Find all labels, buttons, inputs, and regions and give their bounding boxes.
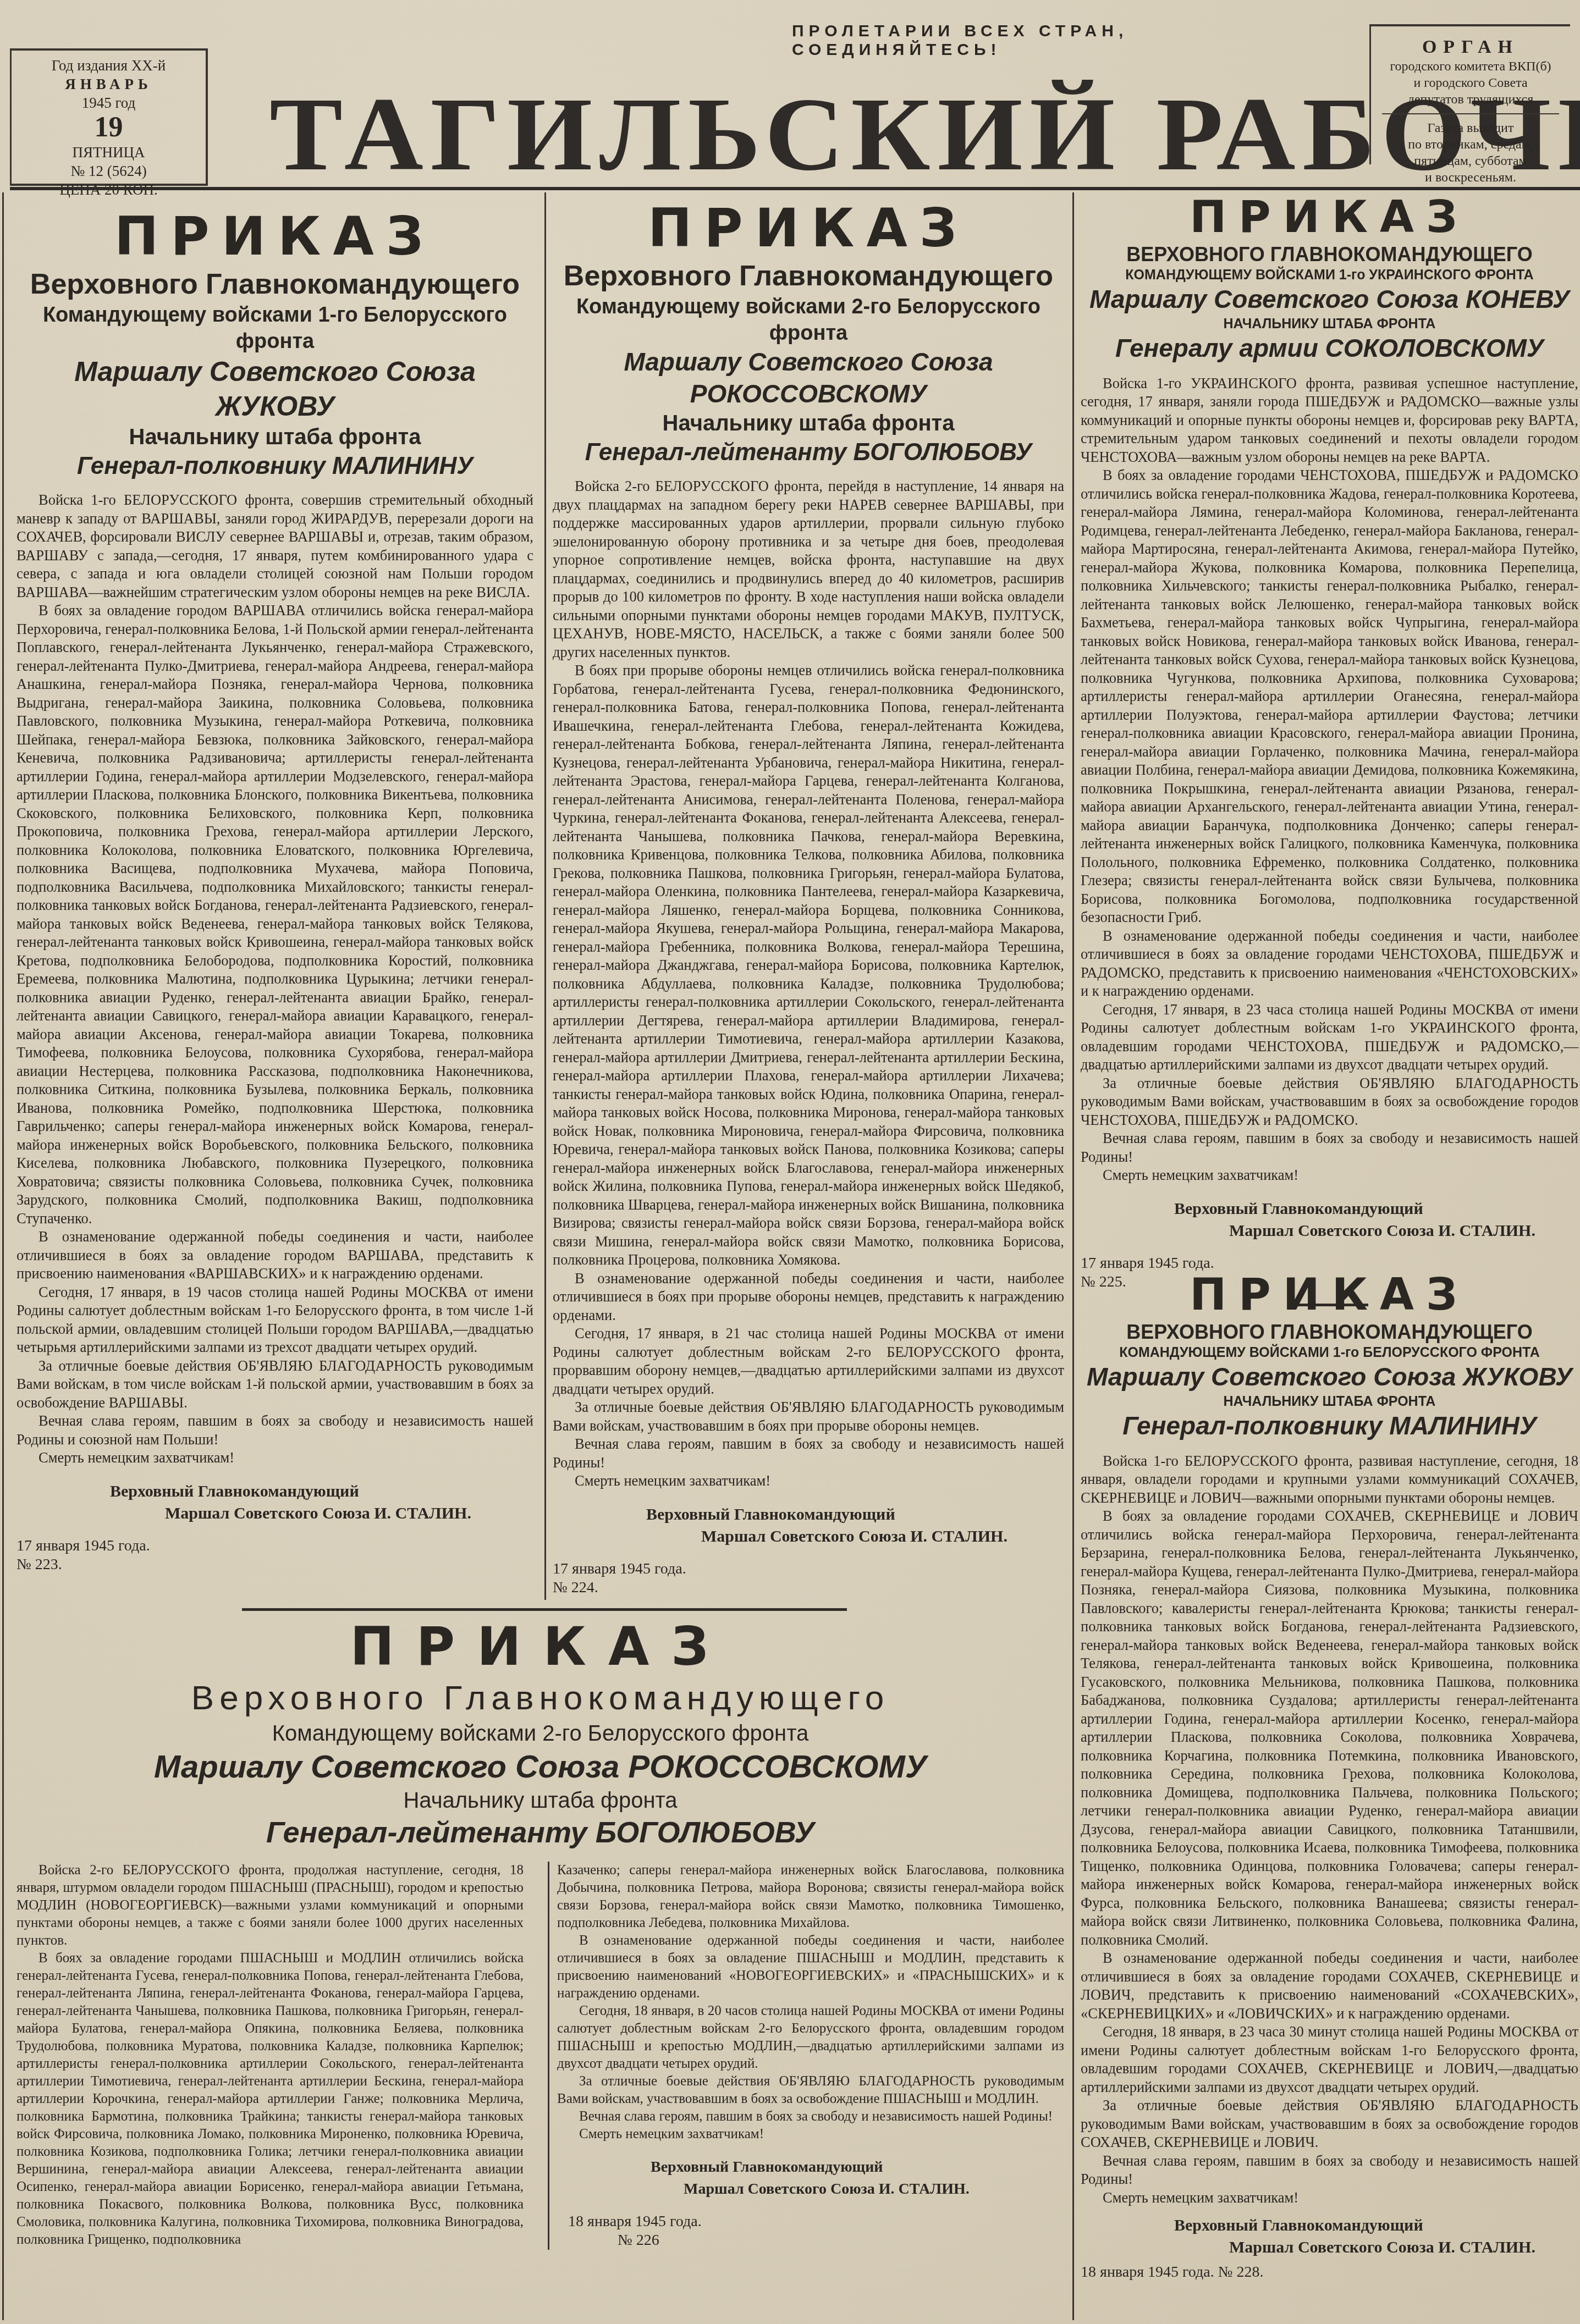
schedule-line: по вторникам, средам, bbox=[1371, 136, 1570, 153]
paragraph: В ознаменование одержанной победы соедин… bbox=[553, 1269, 1064, 1325]
order-heading: Верховного Главнокомандующего bbox=[16, 1677, 1064, 1720]
order-staff: Начальнику штаба фронта bbox=[16, 423, 533, 451]
year-edition: Год издания XX-й bbox=[12, 56, 206, 75]
order-title: ПРИКАЗ bbox=[16, 206, 533, 267]
order-chief: Генералу армии СОКОЛОВСКОМУ bbox=[1081, 333, 1578, 365]
order-addressee: Командующему войсками 1-го Белорусского … bbox=[16, 302, 533, 355]
order-date: 17 января 1945 года. № 223. bbox=[16, 1537, 533, 1574]
date: 17 января 1945 года. bbox=[553, 1560, 1064, 1578]
paragraph: В боях за овладение городом ВАРШАВА отли… bbox=[16, 601, 533, 1228]
order-title: ПРИКАЗ bbox=[553, 198, 1064, 258]
day: 19 bbox=[12, 112, 206, 143]
paragraph: В боях за овладение городами СОХАЧЕВ, СК… bbox=[1081, 1507, 1578, 1949]
signature: Верховный Главнокомандующий Маршал Совет… bbox=[1081, 1198, 1578, 1242]
paragraph: Войска 2-го БЕЛОРУССКОГО фронта, перейдя… bbox=[553, 477, 1064, 661]
order-body: Войска 2-го БЕЛОРУССКОГО фронта, перейдя… bbox=[553, 477, 1064, 1491]
order-date: 17 января 1945 года. № 224. bbox=[553, 1560, 1064, 1597]
paragraph: Вечная слава героям, павшим в боях за св… bbox=[16, 1412, 533, 1449]
date-box: Год издания XX-й ЯНВАРЬ 1945 год 19 ПЯТН… bbox=[10, 48, 208, 186]
paragraph: Казаченко; саперы генерал-майора инженер… bbox=[557, 1862, 1064, 1932]
organ-line: и городского Совета bbox=[1371, 75, 1570, 91]
order-number: № 223. bbox=[16, 1555, 533, 1574]
order-date: 18 января 1945 года. № 226 bbox=[557, 2212, 1064, 2250]
signature-title: Верховный Главнокомандующий bbox=[1081, 1198, 1578, 1220]
order-heading: ВЕРХОВНОГО ГЛАВНОКОМАНДУЮЩЕГО bbox=[1081, 1320, 1578, 1344]
schedule-line: Газета выходит bbox=[1371, 120, 1570, 136]
order-heading: ВЕРХОВНОГО ГЛАВНОКОМАНДУЮЩЕГО bbox=[1081, 242, 1578, 267]
paragraph: Сегодня, 17 января, в 19 часов столица н… bbox=[16, 1283, 533, 1357]
paragraph: За отличные боевые действия ОБ'ЯВЛЯЮ БЛА… bbox=[1081, 1074, 1578, 1130]
paragraph: За отличные боевые действия ОБ'ЯВЛЯЮ БЛА… bbox=[16, 1357, 533, 1412]
paragraph: Смерть немецким захватчикам! bbox=[16, 1449, 533, 1467]
issue-number: № 12 (5624) bbox=[12, 162, 206, 180]
order-228: ПРИКАЗ ВЕРХОВНОГО ГЛАВНОКОМАНДУЮЩЕГО КОМ… bbox=[1081, 1270, 1578, 2282]
year: 1945 год bbox=[12, 93, 206, 112]
order-body: Войска 1-го УКРАИНСКОГО фронта, развивая… bbox=[1081, 374, 1578, 1185]
paragraph: В ознаменование одержанной победы соедин… bbox=[1081, 1949, 1578, 2023]
order-title: ПРИКАЗ bbox=[1081, 192, 1578, 242]
order-staff: Начальнику штаба фронта bbox=[16, 1787, 1064, 1814]
order-number: № 226 bbox=[557, 2231, 1064, 2250]
schedule-line: пятницам, субботам bbox=[1371, 153, 1570, 169]
paragraph: Войска 1-го БЕЛОРУССКОГО фронта, развива… bbox=[1081, 1452, 1578, 1508]
paragraph: Сегодня, 18 января, в 20 часов столица н… bbox=[557, 2002, 1064, 2073]
signature-title: Верховный Главнокомандующий bbox=[1081, 2215, 1578, 2237]
paragraph: За отличные боевые действия ОБ'ЯВЛЯЮ БЛА… bbox=[1081, 2096, 1578, 2152]
order-commander: Маршалу Советского Союза ЖУКОВУ bbox=[16, 355, 533, 423]
paragraph: Войска 2-го БЕЛОРУССКОГО фронта, продолж… bbox=[16, 1862, 524, 1950]
organ-heading: ОРГАН bbox=[1371, 36, 1570, 58]
signature-title: Верховный Главнокомандующий bbox=[16, 1481, 533, 1503]
order-commander: Маршалу Советского Союза bbox=[553, 346, 1064, 378]
signature: Верховный Главнокомандующий Маршал Совет… bbox=[557, 2156, 1064, 2200]
slogan: ПРОЛЕТАРИИ ВСЕХ СТРАН, СОЕДИНЯЙТЕСЬ! bbox=[792, 22, 1298, 59]
signature-name: Маршал Советского Союза И. СТАЛИН. bbox=[557, 2178, 1064, 2200]
paragraph: За отличные боевые действия ОБ'ЯВЛЯЮ БЛА… bbox=[553, 1398, 1064, 1435]
signature-name: Маршал Советского Союза И. СТАЛИН. bbox=[553, 1526, 1064, 1548]
order-225: ПРИКАЗ ВЕРХОВНОГО ГЛАВНОКОМАНДУЮЩЕГО КОМ… bbox=[1081, 192, 1578, 1318]
signature-name: Маршал Советского Союза И. СТАЛИН. bbox=[16, 1503, 533, 1525]
schedule-line: и воскресеньям. bbox=[1371, 169, 1570, 186]
paragraph: Войска 1-го УКРАИНСКОГО фронта, развивая… bbox=[1081, 374, 1578, 467]
order-staff: НАЧАЛЬНИКУ ШТАБА ФРОНТА bbox=[1081, 316, 1578, 333]
month: ЯНВАРЬ bbox=[12, 75, 206, 93]
paragraph: Сегодня, 17 января, в 21 час столица наш… bbox=[553, 1324, 1064, 1398]
order-addressee: Командующему войсками 2-го Белорусского … bbox=[553, 294, 1064, 346]
date: 17 января 1945 года. bbox=[16, 1537, 533, 1555]
order-title: ПРИКАЗ bbox=[16, 1616, 1064, 1677]
signature-title: Верховный Главнокомандующий bbox=[553, 1504, 1064, 1526]
newspaper-title: ТАГИЛЬСКИЙ РАБОЧИЙ bbox=[269, 82, 1344, 187]
order-number: № 224. bbox=[553, 1578, 1064, 1597]
paragraph: Войска 1-го БЕЛОРУССКОГО фронта, соверши… bbox=[16, 491, 533, 601]
order-chief: Генерал-полковнику МАЛИНИНУ bbox=[1081, 1410, 1578, 1442]
order-chief: Генерал-полковнику МАЛИНИНУ bbox=[16, 451, 533, 481]
signature-title: Верховный Главнокомандующий bbox=[557, 2156, 1064, 2178]
paragraph: Смерть немецким захватчикам! bbox=[557, 2126, 1064, 2143]
signature-name: Маршал Советского Союза И. СТАЛИН. bbox=[1081, 2237, 1578, 2259]
order-body-left: Войска 2-го БЕЛОРУССКОГО фронта, продолж… bbox=[16, 1862, 524, 2250]
order-commander: Маршалу Советского Союза РОКОССОВСКОМУ bbox=[16, 1747, 1064, 1787]
order-addressee: Командующему войсками 2-го Белорусского … bbox=[16, 1720, 1064, 1747]
order-heading: Верховного Главнокомандующего bbox=[553, 258, 1064, 294]
paragraph: В боях за овладение городами ЧЕНСТОХОВА,… bbox=[1081, 466, 1578, 927]
paragraph: Смерть немецким захватчикам! bbox=[1081, 1166, 1578, 1185]
order-chief: Генерал-лейтенанту БОГОЛЮБОВУ bbox=[16, 1814, 1064, 1852]
paragraph: Смерть немецким захватчикам! bbox=[1081, 2189, 1578, 2207]
signature: Верховный Главнокомандующий Маршал Совет… bbox=[16, 1481, 533, 1525]
paragraph: В ознаменование одержанной победы соедин… bbox=[557, 1932, 1064, 2002]
paragraph: Вечная слава героям, павшим в боях за св… bbox=[557, 2108, 1064, 2126]
paragraph: В боях при прорыве обороны немцев отличи… bbox=[553, 661, 1064, 1269]
signature-name: Маршал Советского Союза И. СТАЛИН. bbox=[1081, 1220, 1578, 1242]
order-commander-name: РОКОССОВСКОМУ bbox=[553, 378, 1064, 410]
order-body: Войска 1-го БЕЛОРУССКОГО фронта, соверши… bbox=[16, 491, 533, 1467]
paragraph: В ознаменование одержанной победы соедин… bbox=[16, 1228, 533, 1283]
order-commander: Маршалу Советского Союза КОНЕВУ bbox=[1081, 284, 1578, 316]
paragraph: За отличные боевые действия ОБ'ЯВЛЯЮ БЛА… bbox=[557, 2073, 1064, 2108]
order-addressee: КОМАНДУЮЩЕМУ ВОЙСКАМИ 1-го УКРАИНСКОГО Ф… bbox=[1081, 267, 1578, 284]
paragraph: Сегодня, 18 января, в 23 часа 30 минут с… bbox=[1081, 2023, 1578, 2096]
paragraph: В боях за овладение городами ПШАСНЫШ и М… bbox=[16, 1950, 524, 2249]
order-heading: Верховного Главнокомандующего bbox=[16, 267, 533, 302]
paragraph: Сегодня, 17 января, в 23 часа столица на… bbox=[1081, 1001, 1578, 1074]
paragraph: Вечная слава героям, павшим в боях за св… bbox=[553, 1435, 1064, 1472]
divider bbox=[1382, 113, 1559, 114]
column-divider bbox=[1072, 192, 1074, 2320]
order-commander: Маршалу Советского Союза ЖУКОВУ bbox=[1081, 1361, 1578, 1393]
organ-line: городского комитета ВКП(б) bbox=[1371, 58, 1570, 75]
order-title: ПРИКАЗ bbox=[1081, 1270, 1578, 1320]
organ-box: ОРГАН городского комитета ВКП(б) и город… bbox=[1369, 24, 1570, 164]
page-edge bbox=[2, 192, 4, 2320]
order-226: ПРИКАЗ Верховного Главнокомандующего Ком… bbox=[16, 1616, 1064, 2250]
signature: Верховный Главнокомандующий Маршал Совет… bbox=[553, 1504, 1064, 1548]
masthead-rule bbox=[10, 187, 1580, 190]
order-body-right: Казаченко; саперы генерал-майора инженер… bbox=[548, 1862, 1064, 2250]
paragraph: Смерть немецким захватчикам! bbox=[553, 1472, 1064, 1491]
paragraph: Вечная слава героям, павшим в боях за св… bbox=[1081, 1129, 1578, 1166]
two-column-body: Войска 2-го БЕЛОРУССКОГО фронта, продолж… bbox=[16, 1852, 1064, 2250]
section-rule bbox=[242, 1608, 847, 1611]
order-staff: Начальнику штаба фронта bbox=[553, 410, 1064, 437]
order-224: ПРИКАЗ Верховного Главнокомандующего Ком… bbox=[553, 198, 1064, 1597]
order-addressee: КОМАНДУЮЩЕМУ ВОЙСКАМИ 1-го БЕЛОРУССКОГО … bbox=[1081, 1344, 1578, 1361]
signature: Верховный Главнокомандующий Маршал Совет… bbox=[1081, 2215, 1578, 2259]
order-223: ПРИКАЗ Верховного Главнокомандующего Ком… bbox=[16, 206, 533, 1574]
order-date: 18 января 1945 года. № 228. bbox=[1081, 2263, 1578, 2282]
paragraph: В ознаменование одержанной победы соедин… bbox=[1081, 927, 1578, 1001]
weekday: ПЯТНИЦА bbox=[12, 143, 206, 162]
order-body: Войска 1-го БЕЛОРУССКОГО фронта, развива… bbox=[1081, 1452, 1578, 2207]
date: 18 января 1945 года. bbox=[557, 2212, 1064, 2231]
order-chief: Генерал-лейтенанту БОГОЛЮБОВУ bbox=[553, 437, 1064, 467]
organ-line: депутатов трудящихся bbox=[1371, 91, 1570, 108]
order-staff: НАЧАЛЬНИКУ ШТАБА ФРОНТА bbox=[1081, 1393, 1578, 1410]
column-divider bbox=[544, 192, 546, 1600]
paragraph: Вечная слава героям, павшим в боях за св… bbox=[1081, 2152, 1578, 2189]
